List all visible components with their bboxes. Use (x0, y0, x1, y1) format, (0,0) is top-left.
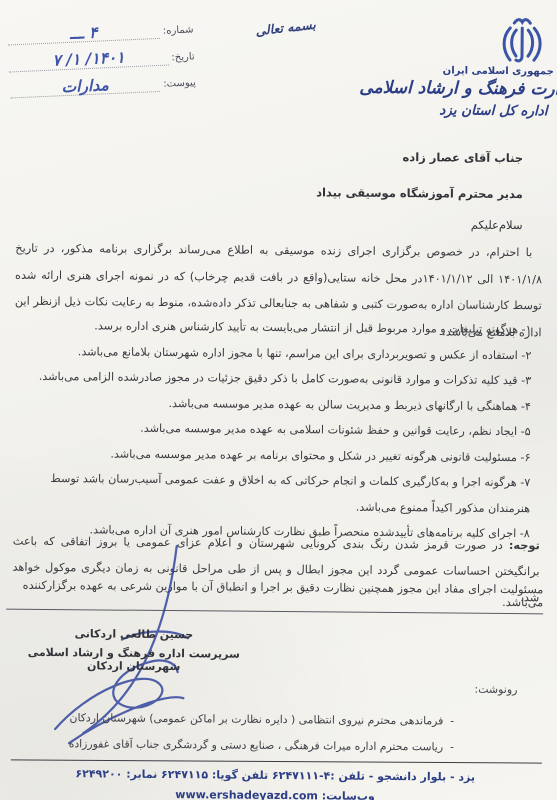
attention-note-label: توجه: (509, 539, 540, 552)
attachment-label: پیوست: (163, 77, 196, 91)
date-value-handwritten: ۱۴۰۱/ ۱/ ۷ (52, 49, 125, 70)
recipient-name: جناب آقای عصار زاده (316, 148, 523, 166)
cc-item-dash: - (450, 741, 454, 754)
permit-condition-item: ۷- هرگونه اجرا و به‌کارگیری کلمات و انجا… (25, 466, 530, 521)
recipient-block: جناب آقای عصار زاده مدیر محترم آموزشگاه … (316, 148, 523, 233)
salutation: سلام‌علیکم (316, 215, 523, 233)
footer-website: وب‌سایت: www.ershadeyazd.com (0, 787, 554, 800)
cc-label: رونوشت: (474, 683, 517, 696)
date-label: تاریخ: (171, 51, 195, 65)
scanned-letter-page: جمهوری اسلامی ایران وزارت فرهنگ و ارشاد … (0, 0, 557, 800)
permit-condition-item: ۳- قید کلیه تذکرات و موارد قانونی به‌صور… (26, 364, 531, 394)
besmele-calligraphy: بسمه تعالی (255, 17, 317, 39)
cc-list: -فرماندهی محترم نیروی انتظامی ( دایره نظ… (27, 705, 454, 761)
footer-website-label: وب‌سایت: (322, 789, 375, 800)
cc-item-dash: - (450, 715, 454, 728)
cc-item: -ریاست محترم اداره میراث فرهنگی ، صنایع … (27, 731, 454, 761)
number-label: شماره: (163, 25, 194, 39)
permit-conditions-list: ۱- هرگونه تبلیغات و موارد مربوط قبل از ا… (25, 313, 532, 547)
footer-website-url: www.ershadeyazd.com (175, 788, 318, 800)
signatory-name: حسین طالعی اردکانی (14, 627, 254, 642)
number-value-handwritten: ۴ ـــ (70, 24, 98, 43)
iran-emblem-icon (499, 15, 545, 67)
signature-block: حسین طالعی اردکانی سرپرست اداره فرهنگ و … (14, 627, 254, 674)
signatory-title: سرپرست اداره فرهنگ و ارشاد اسلامی شهرستا… (14, 646, 254, 674)
header-office: اداره کل استان یزد (439, 102, 547, 119)
meta-number-row: شماره: ۴ ـــ (7, 20, 194, 45)
header-country: جمهوری اسلامی ایران (443, 65, 554, 77)
header-ministry: وزارت فرهنگ و ارشاد اسلامی (359, 78, 557, 100)
letter-meta-block: شماره: ۴ ـــ تاریخ: ۱۴۰۱/ ۱/ ۷ پیوست: مد… (7, 20, 196, 107)
permit-condition-item: ۱- هرگونه تبلیغات و موارد مربوط قبل از ا… (27, 313, 532, 343)
meta-attachment-row: پیوست: مدارات (10, 73, 197, 98)
cc-item: -فرماندهی محترم نیروی انتظامی ( دایره نظ… (27, 705, 454, 735)
responsibility-note: مسئولیت اجرای مفاد این مجوز همچنین نظارت… (6, 579, 543, 615)
meta-date-row: تاریخ: ۱۴۰۱/ ۱/ ۷ (8, 47, 195, 72)
footer-divider (11, 759, 542, 763)
footer-address: یزد - بلوار دانشجو - تلفن :۴-۶۲۴۷۱۱۱ تلف… (0, 767, 554, 785)
attachment-value-handwritten: مدارات (61, 76, 109, 96)
recipient-title: مدیر محترم آموزشگاه موسیقی بیداد (316, 184, 523, 202)
